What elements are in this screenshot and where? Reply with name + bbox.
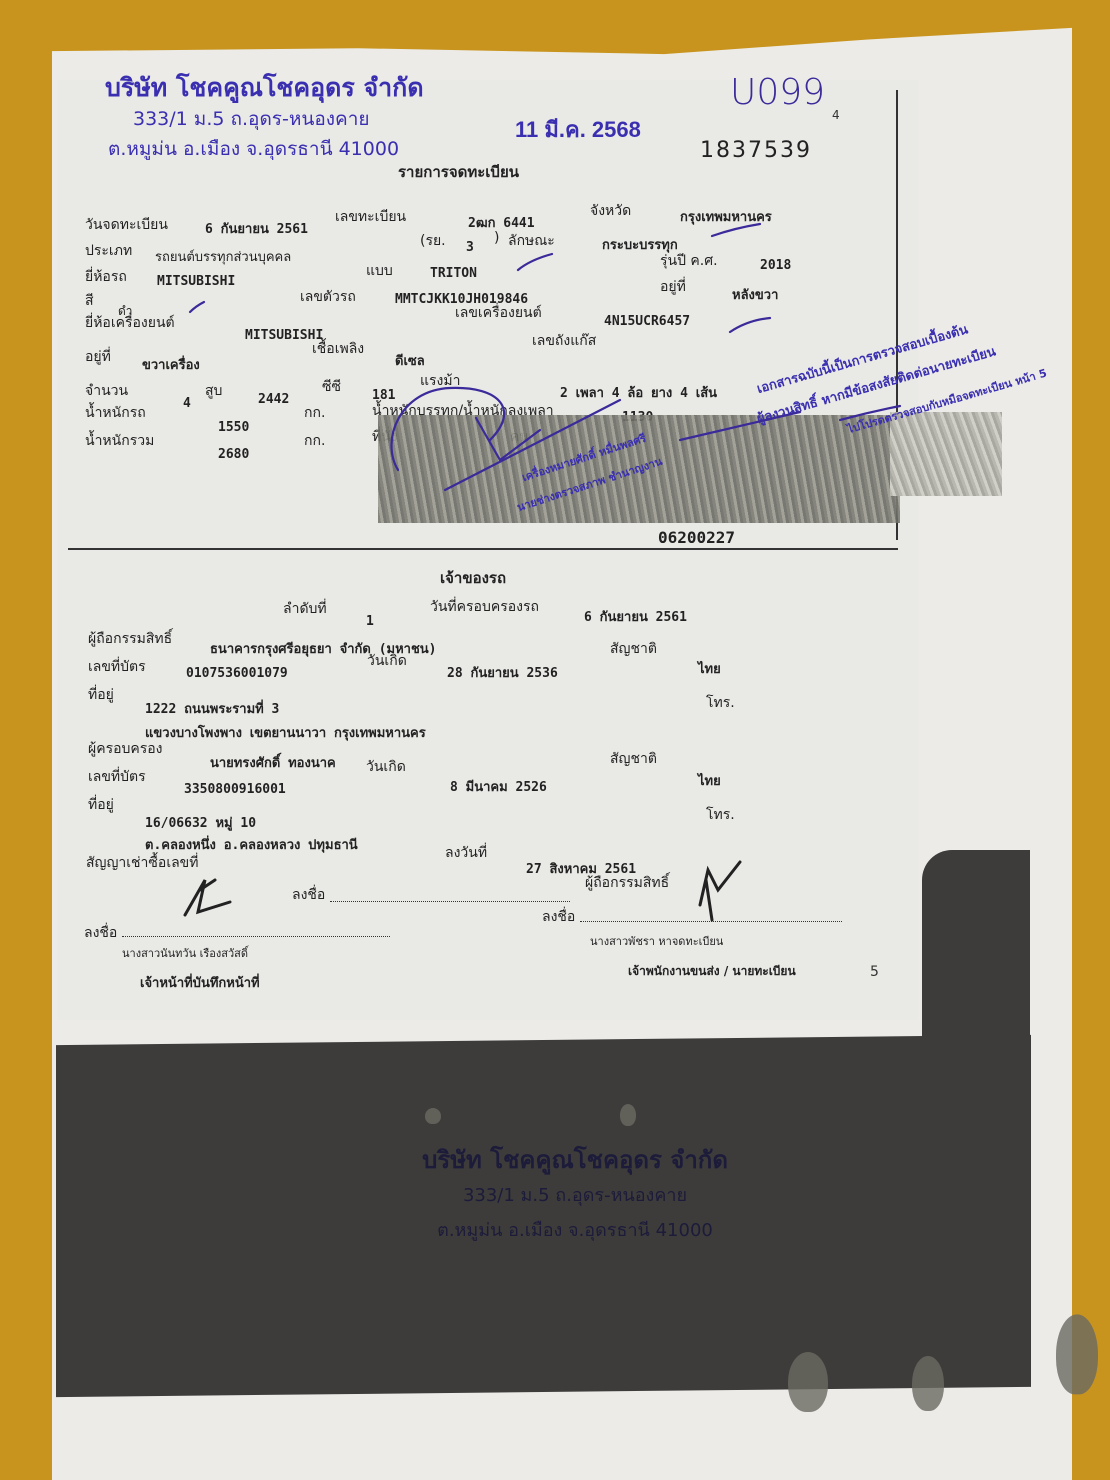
holder-id: 0107536001079 [186, 666, 288, 681]
possessor-nationality: ไทย [698, 770, 721, 791]
holder-tel-label: โทร. [706, 692, 735, 714]
possession-date: 6 กันยายน 2561 [584, 606, 687, 627]
chassis-location-label: อยู่ที่ [660, 276, 686, 298]
possession-date-label: วันที่ครอบครองรถ [430, 596, 539, 618]
holder-nationality-label: สัญชาติ [610, 638, 657, 660]
cc-label: ซีซี [322, 376, 341, 398]
section-divider [68, 548, 898, 550]
cylinders-label: จำนวน [85, 380, 128, 402]
signature-line [330, 900, 570, 902]
engine-number-label: เลขเครื่องยนต์ [455, 302, 542, 324]
owner-section-title: เจ้าของรถ [440, 566, 506, 590]
holder-address-1: 1222 ถนนพระรามที่ 3 [145, 698, 279, 719]
registrar-sign-label: ลงชื่อ [542, 906, 575, 928]
style-label: ลักษณะ [508, 230, 555, 252]
reg-date: 6 กันยายน 2561 [205, 218, 308, 239]
holder-dob: 28 กันยายน 2536 [447, 662, 558, 683]
gross-weight-label: น้ำหนักรวม [85, 430, 154, 452]
axles-wheels: 2 เพลา 4 ล้อ ยาง 4 เส้น [560, 382, 717, 403]
cylinders: 4 [183, 396, 191, 411]
holder-dob-label: วันเกิด [367, 650, 407, 672]
plate-label: เลขทะเบียน [335, 206, 406, 228]
ry-label: (รย. [420, 230, 446, 252]
owner-sign-role: ผู้ถือกรรมสิทธิ์ [585, 872, 669, 894]
registrar-role: เจ้าพนักงานขนส่ง / นายทะเบียน [628, 962, 796, 981]
model: TRITON [430, 266, 477, 281]
company-stamp-name: บริษัท โชคคูณโชคอุดร จำกัด [105, 68, 424, 108]
company-stamp-address-1: 333/1 ม.5 ถ.อุดร-หนองคาย [133, 104, 370, 134]
dark-fill-strip [922, 850, 1030, 1050]
owner-sign-label: ลงชื่อ [292, 884, 325, 906]
possessor-dob: 8 มีนาคม 2526 [450, 776, 547, 797]
brand-label: ยี่ห้อรถ [85, 266, 127, 288]
stain [425, 1108, 441, 1124]
company-stamp-address-2: ต.หมูม่น อ.เมือง จ.อุดรธานี 41000 [108, 134, 399, 164]
handwritten-number: 1837539 [700, 138, 812, 163]
fuel-label: เชื้อเพลิง [312, 338, 364, 360]
vehicle-weight: 1550 [218, 420, 249, 435]
officer-name: นางสาวนันทวัน เรืองสวัสดิ์ [122, 944, 248, 962]
engine-location: ขวาเครื่อง [142, 354, 200, 375]
handwritten-code: U099 [730, 72, 825, 113]
vehicle-type: รถยนต์บรรทุกส่วนบุคคล [155, 246, 291, 267]
signature-line [122, 935, 390, 937]
holder-address-2: แขวงบางโพงพาง เขตยานนาวา กรุงเทพมหานคร [145, 722, 426, 743]
gross-weight-unit: กก. [304, 430, 325, 452]
officer-role: เจ้าหน้าที่บันทึกหน้าที่ [140, 972, 260, 993]
possessor-address-1: 16/06632 หมู่ 10 [145, 812, 256, 833]
province-label: จังหวัด [590, 200, 631, 222]
engine-location-label: อยู่ที่ [85, 346, 111, 368]
possessor-dob-label: วันเกิด [366, 756, 406, 778]
page-number-top: 4 [832, 108, 840, 122]
registration-title: รายการจดทะเบียน [398, 160, 519, 184]
bottom-stamp-address-2: ต.หมูม่น อ.เมือง จ.อุดรธานี 41000 [385, 1215, 765, 1244]
officer-sign-label: ลงชื่อ [84, 922, 117, 944]
model-label: แบบ [366, 260, 393, 282]
possessor-id: 3350800916001 [184, 782, 286, 797]
stain [788, 1352, 828, 1412]
year-label: รุ่นปี ค.ศ. [660, 250, 718, 272]
weight-unit: กก. [304, 402, 325, 424]
model-year: 2018 [760, 258, 791, 273]
possessor-tel-label: โทร. [706, 804, 735, 826]
stain [620, 1104, 636, 1126]
possessor-name: นายทรงศักดิ์ ทองนาค [210, 752, 336, 773]
chassis-location: หลังขวา [732, 284, 778, 305]
seq-number: 1 [366, 614, 374, 629]
chassis-label: เลขตัวรถ [300, 286, 356, 308]
reg-date-label: วันจดทะเบียน [85, 214, 168, 236]
province: กรุงเทพมหานคร [680, 206, 772, 227]
holder-id-label: เลขที่บัตร [88, 656, 146, 678]
serial-number: 06200227 [658, 528, 735, 547]
ry-value: 3 [466, 240, 474, 255]
engine-brand-label: ยี่ห้อเครื่องยนต์ [85, 312, 175, 334]
type-label: ประเภท [85, 240, 132, 262]
signature-line [580, 920, 842, 922]
ry-close: ) [494, 230, 499, 246]
cylinders-unit: สูบ [205, 380, 222, 402]
engine-cc: 2442 [258, 392, 289, 407]
vehicle-weight-label: น้ำหนักรถ [85, 402, 146, 424]
gas-tank-label: เลขถังแก๊ส [532, 330, 596, 352]
page-number-bottom: 5 [870, 964, 879, 980]
hp-label: แรงม้า [420, 370, 460, 392]
color-label: สี [85, 290, 94, 312]
possessor-address-label: ที่อยู่ [88, 794, 114, 816]
possessor-label: ผู้ครอบครอง [88, 738, 163, 760]
received-date-stamp: 11 มี.ค. 2568 [515, 112, 641, 147]
sign-date-label: ลงวันที่ [445, 842, 487, 864]
gross-weight: 2680 [218, 447, 249, 462]
possessor-nationality-label: สัญชาติ [610, 748, 657, 770]
brand: MITSUBISHI [157, 274, 235, 289]
registrar-name: นางสาวพัชรา หาจดทะเบียน [590, 932, 723, 950]
holder-address-label: ที่อยู่ [88, 684, 114, 706]
possessor-id-label: เลขที่บัตร [88, 766, 146, 788]
bottom-stamp-address-1: 333/1 ม.5 ถ.อุดร-หนองคาย [385, 1180, 765, 1209]
seq-label: ลำดับที่ [283, 598, 327, 620]
bottom-stamp-name: บริษัท โชคคูณโชคอุดร จำกัด [385, 1140, 765, 1179]
engine-number: 4N15UCR6457 [604, 314, 690, 329]
holder-nationality: ไทย [698, 658, 721, 679]
holder-label: ผู้ถือกรรมสิทธิ์ [88, 628, 172, 650]
contract-label: สัญญาเช่าซื้อเลขที่ [86, 852, 199, 874]
tape-strip [890, 412, 1002, 496]
stain [912, 1356, 944, 1411]
fuel-type: ดีเซล [395, 350, 425, 371]
